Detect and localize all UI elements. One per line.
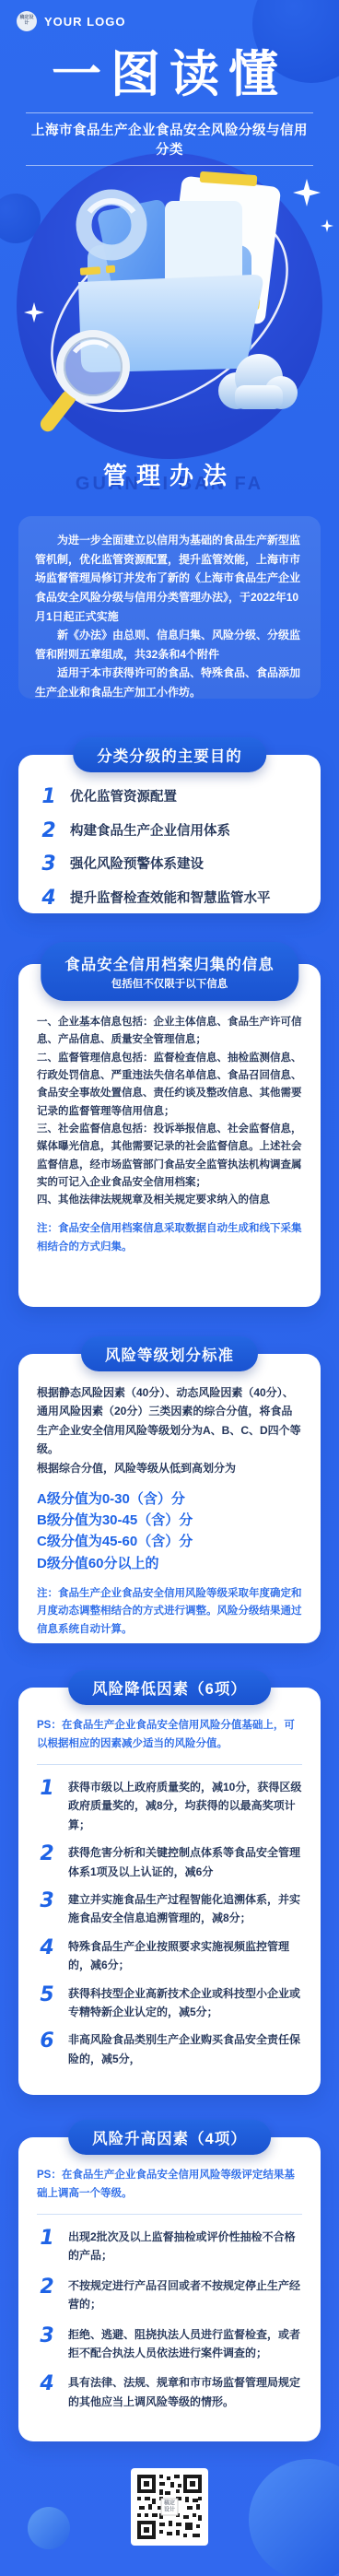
magnifier-icon xyxy=(38,334,126,434)
risk-down-card: PS：在食品生产企业食品安全信用风险分值基础上，可以根据相应的因素减少适当的风险… xyxy=(18,1688,321,2095)
page-title: 一图读懂 xyxy=(0,35,339,106)
risk-up-item: 3 拒绝、逃避、阻挠执法人员进行监督检查，或者拒不配合执法人员依法进行案件调查的… xyxy=(37,2325,302,2363)
logo-text: YOUR LOGO xyxy=(44,15,125,29)
risk-levels-header-pill: 风险等级划分标准 xyxy=(81,1336,258,1371)
item-text: 非高风险食品类别生产企业购买食品安全责任保险的，减5分， xyxy=(68,2030,302,2068)
item-number: 1 xyxy=(39,786,59,807)
item-text: 获得危害分析和关键控制点体系等食品安全管理体系1项及以上认证的，减6分 xyxy=(68,1843,302,1881)
item-number: 4 xyxy=(39,888,59,909)
section-title: 管理办法 xyxy=(0,457,339,491)
purpose-header-pill: 分类分级的主要目的 xyxy=(73,737,266,772)
divider-line xyxy=(37,1764,302,1765)
item-number: 2 xyxy=(37,1843,57,1864)
item-text: 建立并实施食品生产过程智能化追溯体系，并实施食品安全信息追溯管理的，减8分； xyxy=(68,1890,302,1928)
risk-down-item: 6 非高风险食品类别生产企业购买食品安全责任保险的，减5分， xyxy=(37,2030,302,2068)
risk-levels-card: 根据静态风险因素（40分）、动态风险因素（40分）、通用风险因素（20分）三类因… xyxy=(18,1354,321,1643)
page-subtitle: 上海市食品生产企业食品安全风险分级与信用分类 xyxy=(26,113,313,165)
subtitle-block: 上海市食品生产企业食品安全风险分级与信用分类 xyxy=(26,112,313,166)
item-number: 1 xyxy=(37,2228,57,2249)
grade-a-line: A级分值为0-30（含）分 xyxy=(37,1488,302,1510)
item-text: 拒绝、逃避、阻挠执法人员进行监督检查，或者拒不配合执法人员依法进行案件调查的； xyxy=(68,2325,302,2363)
sparkle-icon xyxy=(321,219,333,232)
item-number: 2 xyxy=(37,2276,57,2298)
risk-up-header-pill: 风险升高因素（4项） xyxy=(68,2120,271,2155)
item-number: 3 xyxy=(39,853,59,875)
intro-card: 为进一步全面建立以信用为基础的食品生产新型监管机制，优化监管资源配置，提升监管效… xyxy=(18,516,321,699)
purpose-item: 1 优化监管资源配置 xyxy=(39,786,300,809)
risk-down-ps: PS：在食品生产企业食品安全信用风险分值基础上，可以根据相应的因素减少适当的风险… xyxy=(37,1717,302,1753)
item-number: 3 xyxy=(37,1890,57,1911)
risk-down-title: 风险降低因素（6项） xyxy=(92,1676,247,1699)
sparkle-icon xyxy=(24,302,44,323)
archive-paragraph: 二、监督管理信息包括：监督检查信息、抽检监测信息、行政处罚信息、严重违法失信名单… xyxy=(37,1050,302,1121)
risk-down-item: 3 建立并实施食品生产过程智能化追溯体系，并实施食品安全信息追溯管理的，减8分； xyxy=(37,1890,302,1928)
grade-d-line: D级分值60分以上的 xyxy=(37,1553,302,1574)
intro-paragraph: 为进一步全面建立以信用为基础的食品生产新型监管机制，优化监管资源配置，提升监管效… xyxy=(35,531,304,626)
folder-documents-illustration xyxy=(27,164,312,450)
item-text: 获得市级以上政府质量奖的，减10分，获得区级政府质量奖的，减8分，均获得的以最高… xyxy=(68,1778,302,1834)
qr-code: 稿定设计 xyxy=(131,2468,208,2546)
divider-line xyxy=(37,2214,302,2215)
purpose-item: 4 提升监督检查效能和智慧监管水平 xyxy=(39,888,300,911)
poster-page: 稿定设计 YOUR LOGO 一图读懂 上海市食品生产企业食品安全风险分级与信用… xyxy=(0,0,339,2576)
risk-down-item: 1 获得市级以上政府质量奖的，减10分，获得区级政府质量奖的，减8分，均获得的以… xyxy=(37,1778,302,1834)
item-text: 不按规定进行产品召回或者不按规定停止生产经营的； xyxy=(68,2276,302,2314)
intro-paragraph: 新《办法》由总则、信息归集、风险分级、分级监管和附则五章组成，共32条和4个附件 xyxy=(35,626,304,664)
archive-paragraph: 三、社会监督信息包括：投诉举报信息、社会监督信息，媒体曝光信息，其他需要记录的社… xyxy=(37,1121,302,1192)
intro-paragraph: 适用于本市获得许可的食品、特殊食品、食品添加生产企业和食品生产加工小作坊。 xyxy=(35,664,304,699)
risk-levels-intro2: 根据综合分值，风险等级从低到高划分为 xyxy=(37,1459,302,1477)
item-text: 特殊食品生产企业按照要求实施视频监控管理的，减6分； xyxy=(68,1937,302,1975)
yellow-clip xyxy=(80,266,101,276)
yellow-clip-small xyxy=(106,265,116,274)
item-text: 获得科技型企业高新技术企业或科技型小企业或专精特新企业认定的，减5分； xyxy=(68,1984,302,2022)
item-text: 提升监督检查效能和智慧监管水平 xyxy=(70,888,271,911)
item-number: 5 xyxy=(37,1984,57,2006)
archive-card: 一、企业基本信息包括：企业主体信息、食品生产许可信息、产品信息、质量安全管理信息… xyxy=(18,964,321,1307)
section-title-block: GUAN LI BAN FA 管理办法 xyxy=(0,457,339,491)
risk-down-header-pill: 风险降低因素（6项） xyxy=(68,1670,271,1705)
risk-up-item: 1 出现2批次及以上监督抽检或评价性抽检不合格的产品； xyxy=(37,2228,302,2265)
risk-up-title: 风险升高因素（4项） xyxy=(92,2126,247,2148)
risk-levels-title: 风险等级划分标准 xyxy=(105,1343,234,1365)
risk-up-ps: PS：在食品生产企业食品安全信用风险等级评定结果基础上调高一个等级。 xyxy=(37,2167,302,2203)
risk-levels-note: 注：食品生产企业食品安全信用风险等级采取年度确定和月度动态调整相结合的方式进行调… xyxy=(37,1585,302,1639)
risk-up-item: 2 不按规定进行产品召回或者不按规定停止生产经营的； xyxy=(37,2276,302,2314)
item-text: 具有法律、法规、规章和市市场监督管理局规定的其他应当上调风险等级的情形。 xyxy=(68,2373,302,2411)
archive-header-pill: 食品安全信用档案归集的信息 包括但不仅限于以下信息 xyxy=(41,942,298,1001)
item-text: 构建食品生产企业信用体系 xyxy=(70,820,230,843)
qr-center-label: 稿定设计 xyxy=(162,2500,177,2512)
item-number: 2 xyxy=(39,820,59,841)
item-number: 6 xyxy=(37,2030,57,2052)
purpose-title: 分类分级的主要目的 xyxy=(97,744,242,766)
purpose-item: 2 构建食品生产企业信用体系 xyxy=(39,820,300,843)
purpose-item: 3 强化风险预警体系建设 xyxy=(39,853,300,876)
sparkle-icon xyxy=(293,179,321,206)
item-text: 出现2批次及以上监督抽检或评价性抽检不合格的产品； xyxy=(68,2228,302,2265)
item-number: 4 xyxy=(37,1937,57,1958)
risk-levels-intro: 根据静态风险因素（40分）、动态风险因素（40分）、通用风险因素（20分）三类因… xyxy=(37,1383,302,1459)
purpose-card: 1 优化监管资源配置 2 构建食品生产企业信用体系 3 强化风险预警体系建设 4… xyxy=(18,755,321,913)
subtitle-rule-bottom xyxy=(26,165,313,166)
item-number: 4 xyxy=(37,2373,57,2394)
decor-circle-bottom-left xyxy=(28,2507,70,2549)
logo-row: 稿定设计 YOUR LOGO xyxy=(17,11,125,31)
decor-circle-bottom-right xyxy=(249,2459,339,2576)
item-text: 强化风险预警体系建设 xyxy=(70,853,204,876)
risk-up-card: PS：在食品生产企业食品安全信用风险等级评定结果基础上调高一个等级。 1 出现2… xyxy=(18,2137,321,2441)
risk-down-item: 4 特殊食品生产企业按照要求实施视频监控管理的，减6分； xyxy=(37,1937,302,1975)
risk-down-item: 5 获得科技型企业高新技术企业或科技型小企业或专精特新企业认定的，减5分； xyxy=(37,1984,302,2022)
risk-down-item: 2 获得危害分析和关键控制点体系等食品安全管理体系1项及以上认证的，减6分 xyxy=(37,1843,302,1881)
archive-title: 食品安全信用档案归集的信息 xyxy=(64,952,275,974)
item-number: 3 xyxy=(37,2325,57,2347)
item-text: 优化监管资源配置 xyxy=(70,786,177,809)
archive-note: 注：食品安全信用档案信息采取数据自动生成和线下采集相结合的方式归集。 xyxy=(37,1220,302,1256)
archive-paragraph: 一、企业基本信息包括：企业主体信息、食品生产许可信息、产品信息、质量安全管理信息… xyxy=(37,1014,302,1050)
archive-subtitle: 包括但不仅限于以下信息 xyxy=(111,976,228,991)
grade-c-line: C级分值为45-60（含）分 xyxy=(37,1531,302,1552)
item-number: 1 xyxy=(37,1778,57,1799)
grade-b-line: B级分值为30-45（含）分 xyxy=(37,1510,302,1531)
risk-up-item: 4 具有法律、法规、规章和市市场监督管理局规定的其他应当上调风险等级的情形。 xyxy=(37,2373,302,2411)
archive-paragraph: 四、其他法律法规规章及相关规定要求纳入的信息 xyxy=(37,1192,302,1209)
logo-badge-icon: 稿定设计 xyxy=(17,11,37,31)
